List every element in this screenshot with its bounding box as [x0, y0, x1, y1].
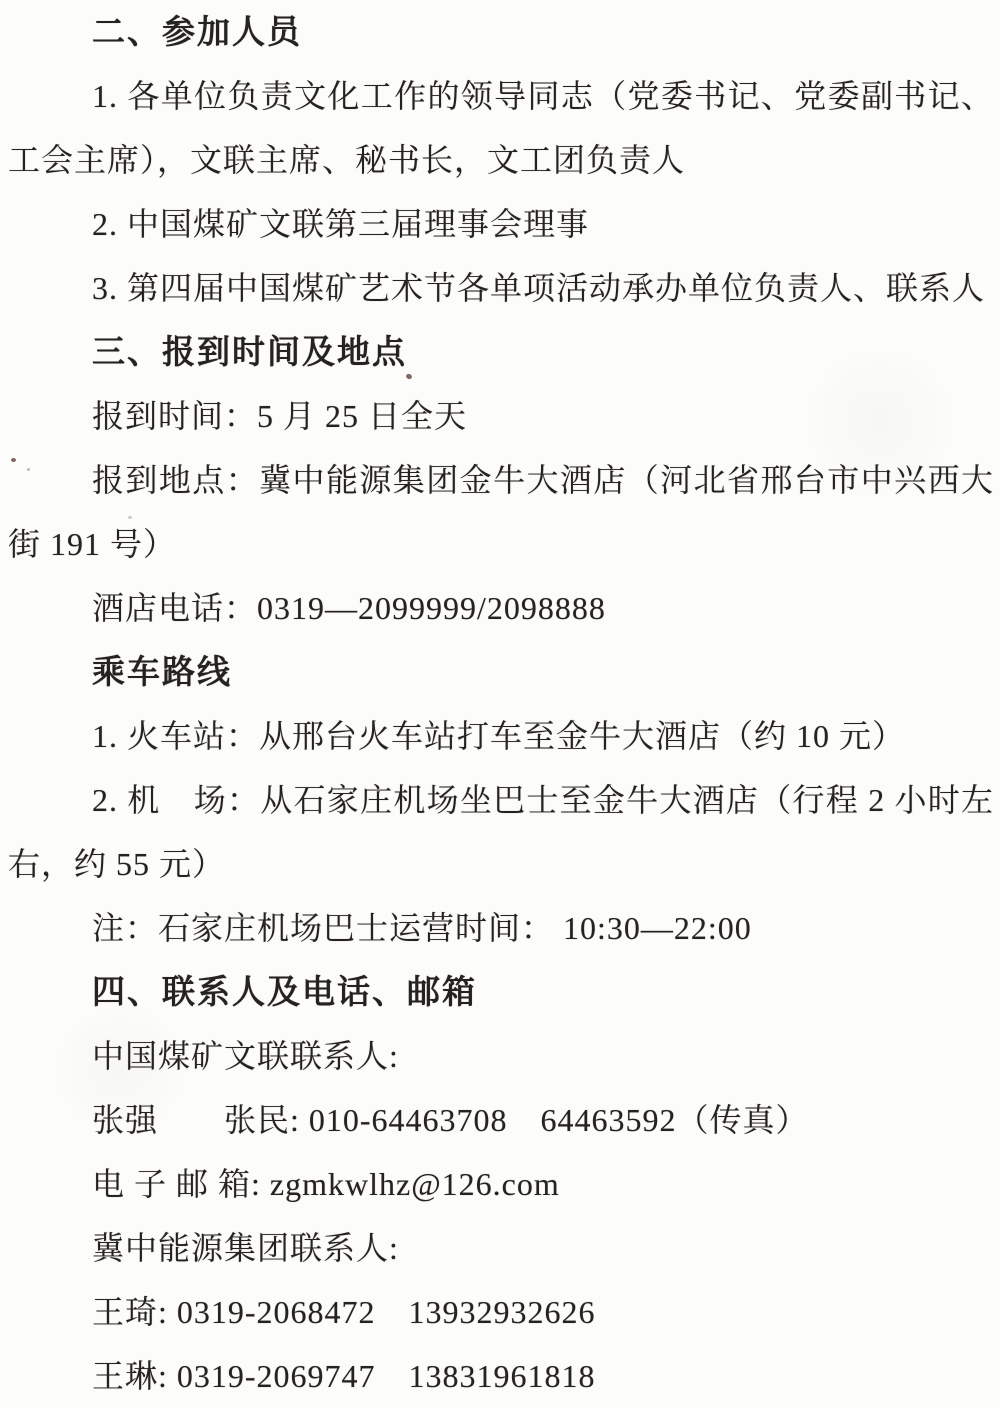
para-registration-time: 报到时间：5 月 25 日全天 — [8, 384, 994, 448]
heading-section-participants: 二、参加人员 — [8, 0, 994, 64]
scan-artifact-dot — [27, 468, 30, 471]
para-contact-wangqi: 王琦: 0319-2068472 13932932626 — [8, 1280, 994, 1344]
para-airport-bus-note: 注：石家庄机场巴士运营时间： 10:30—22:00 — [8, 896, 994, 960]
heading-section-registration: 三、报到时间及地点 — [8, 320, 994, 384]
subheading-transport-routes: 乘车路线 — [8, 640, 994, 704]
para-registration-location: 报到地点：冀中能源集团金牛大酒店（河北省邢台市中兴西大街 191 号） — [8, 448, 994, 576]
para-email-address: 电 子 邮 箱: zgmkwlhz@126.com — [8, 1152, 994, 1216]
scan-artifact-dot — [11, 458, 16, 462]
para-participants-item-1: 1. 各单位负责文化工作的领导同志（党委书记、党委副书记、工会主席），文联主席、… — [8, 64, 994, 192]
para-jizhong-contacts-label: 冀中能源集团联系人: — [8, 1216, 994, 1280]
document-body: 二、参加人员 1. 各单位负责文化工作的领导同志（党委书记、党委副书记、工会主席… — [0, 0, 1000, 1408]
para-route-airport: 2. 机 场：从石家庄机场坐巴士至金牛大酒店（行程 2 小时左右，约 55 元） — [8, 768, 994, 896]
para-participants-item-3: 3. 第四届中国煤矿艺术节各单项活动承办单位负责人、联系人 — [8, 256, 994, 320]
para-route-train-station: 1. 火车站：从邢台火车站打车至金牛大酒店（约 10 元） — [8, 704, 994, 768]
para-participants-item-2: 2. 中国煤矿文联第三届理事会理事 — [8, 192, 994, 256]
scanned-document-page: 二、参加人员 1. 各单位负责文化工作的领导同志（党委书记、党委副书记、工会主席… — [0, 0, 1000, 1408]
para-contact-wanglin: 王琳: 0319-2069747 13831961818 — [8, 1344, 994, 1408]
para-hotel-phone: 酒店电话：0319—2099999/2098888 — [8, 576, 994, 640]
para-cmlf-contacts-label: 中国煤矿文联联系人: — [8, 1024, 994, 1088]
para-cmlf-contact-numbers: 张强 张民: 010-64463708 64463592（传真） — [8, 1088, 994, 1152]
heading-section-contacts: 四、联系人及电话、邮箱 — [8, 960, 994, 1024]
scan-artifact-dot — [128, 516, 132, 519]
